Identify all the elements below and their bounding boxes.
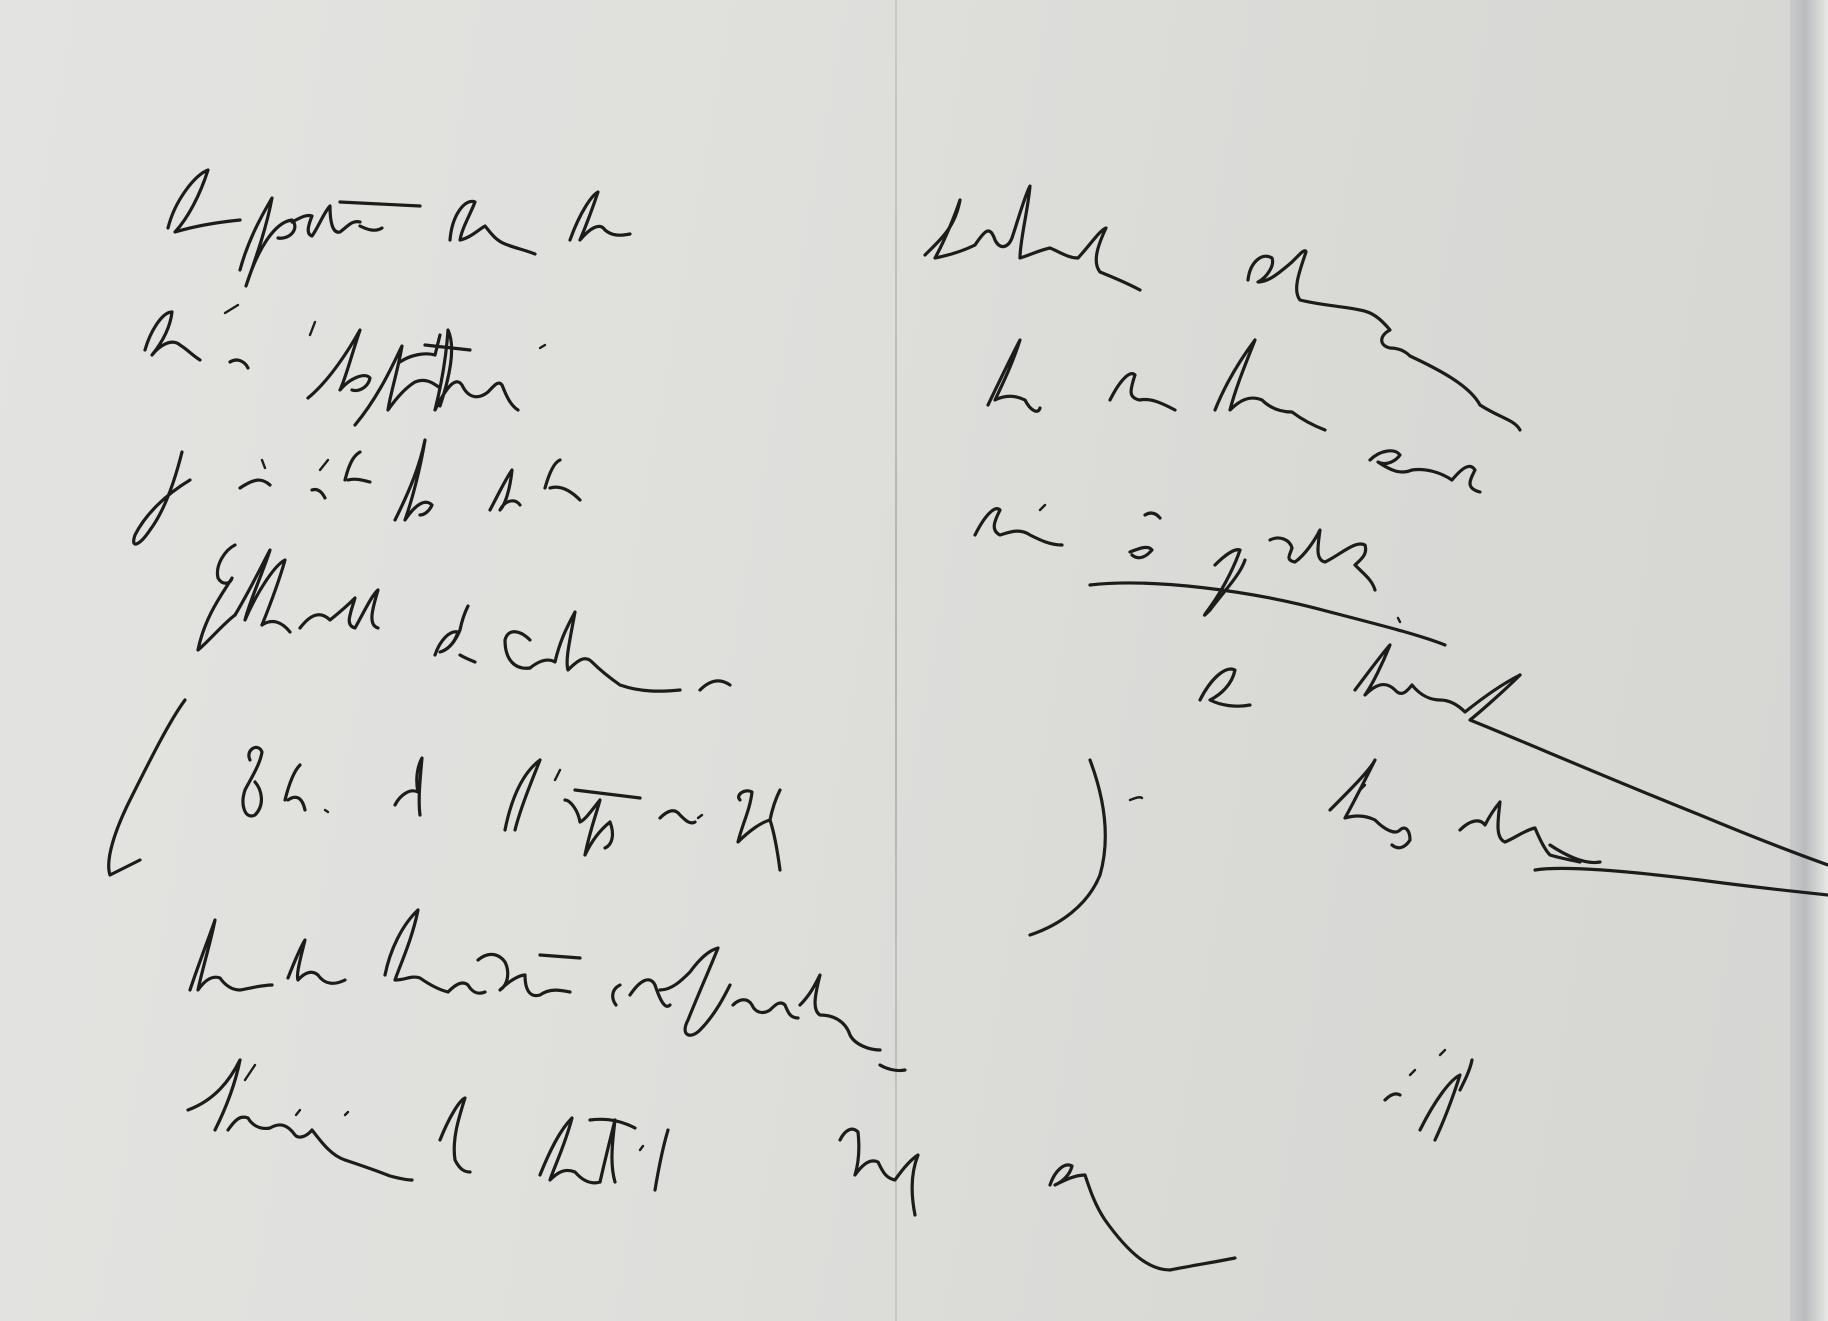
handwriting-strokes <box>0 0 1828 1321</box>
handwriting-line-5 <box>109 700 1828 935</box>
handwriting-line-2 <box>145 305 1480 492</box>
underline-stroke <box>1090 583 1445 645</box>
handwriting-line-3 <box>134 440 1445 645</box>
handwriting-line-4 <box>198 545 1828 865</box>
handwriting-line-1 <box>168 170 1520 430</box>
handwriting-line-6 <box>190 910 905 1071</box>
handwriting-line-7 <box>188 1050 1472 1270</box>
